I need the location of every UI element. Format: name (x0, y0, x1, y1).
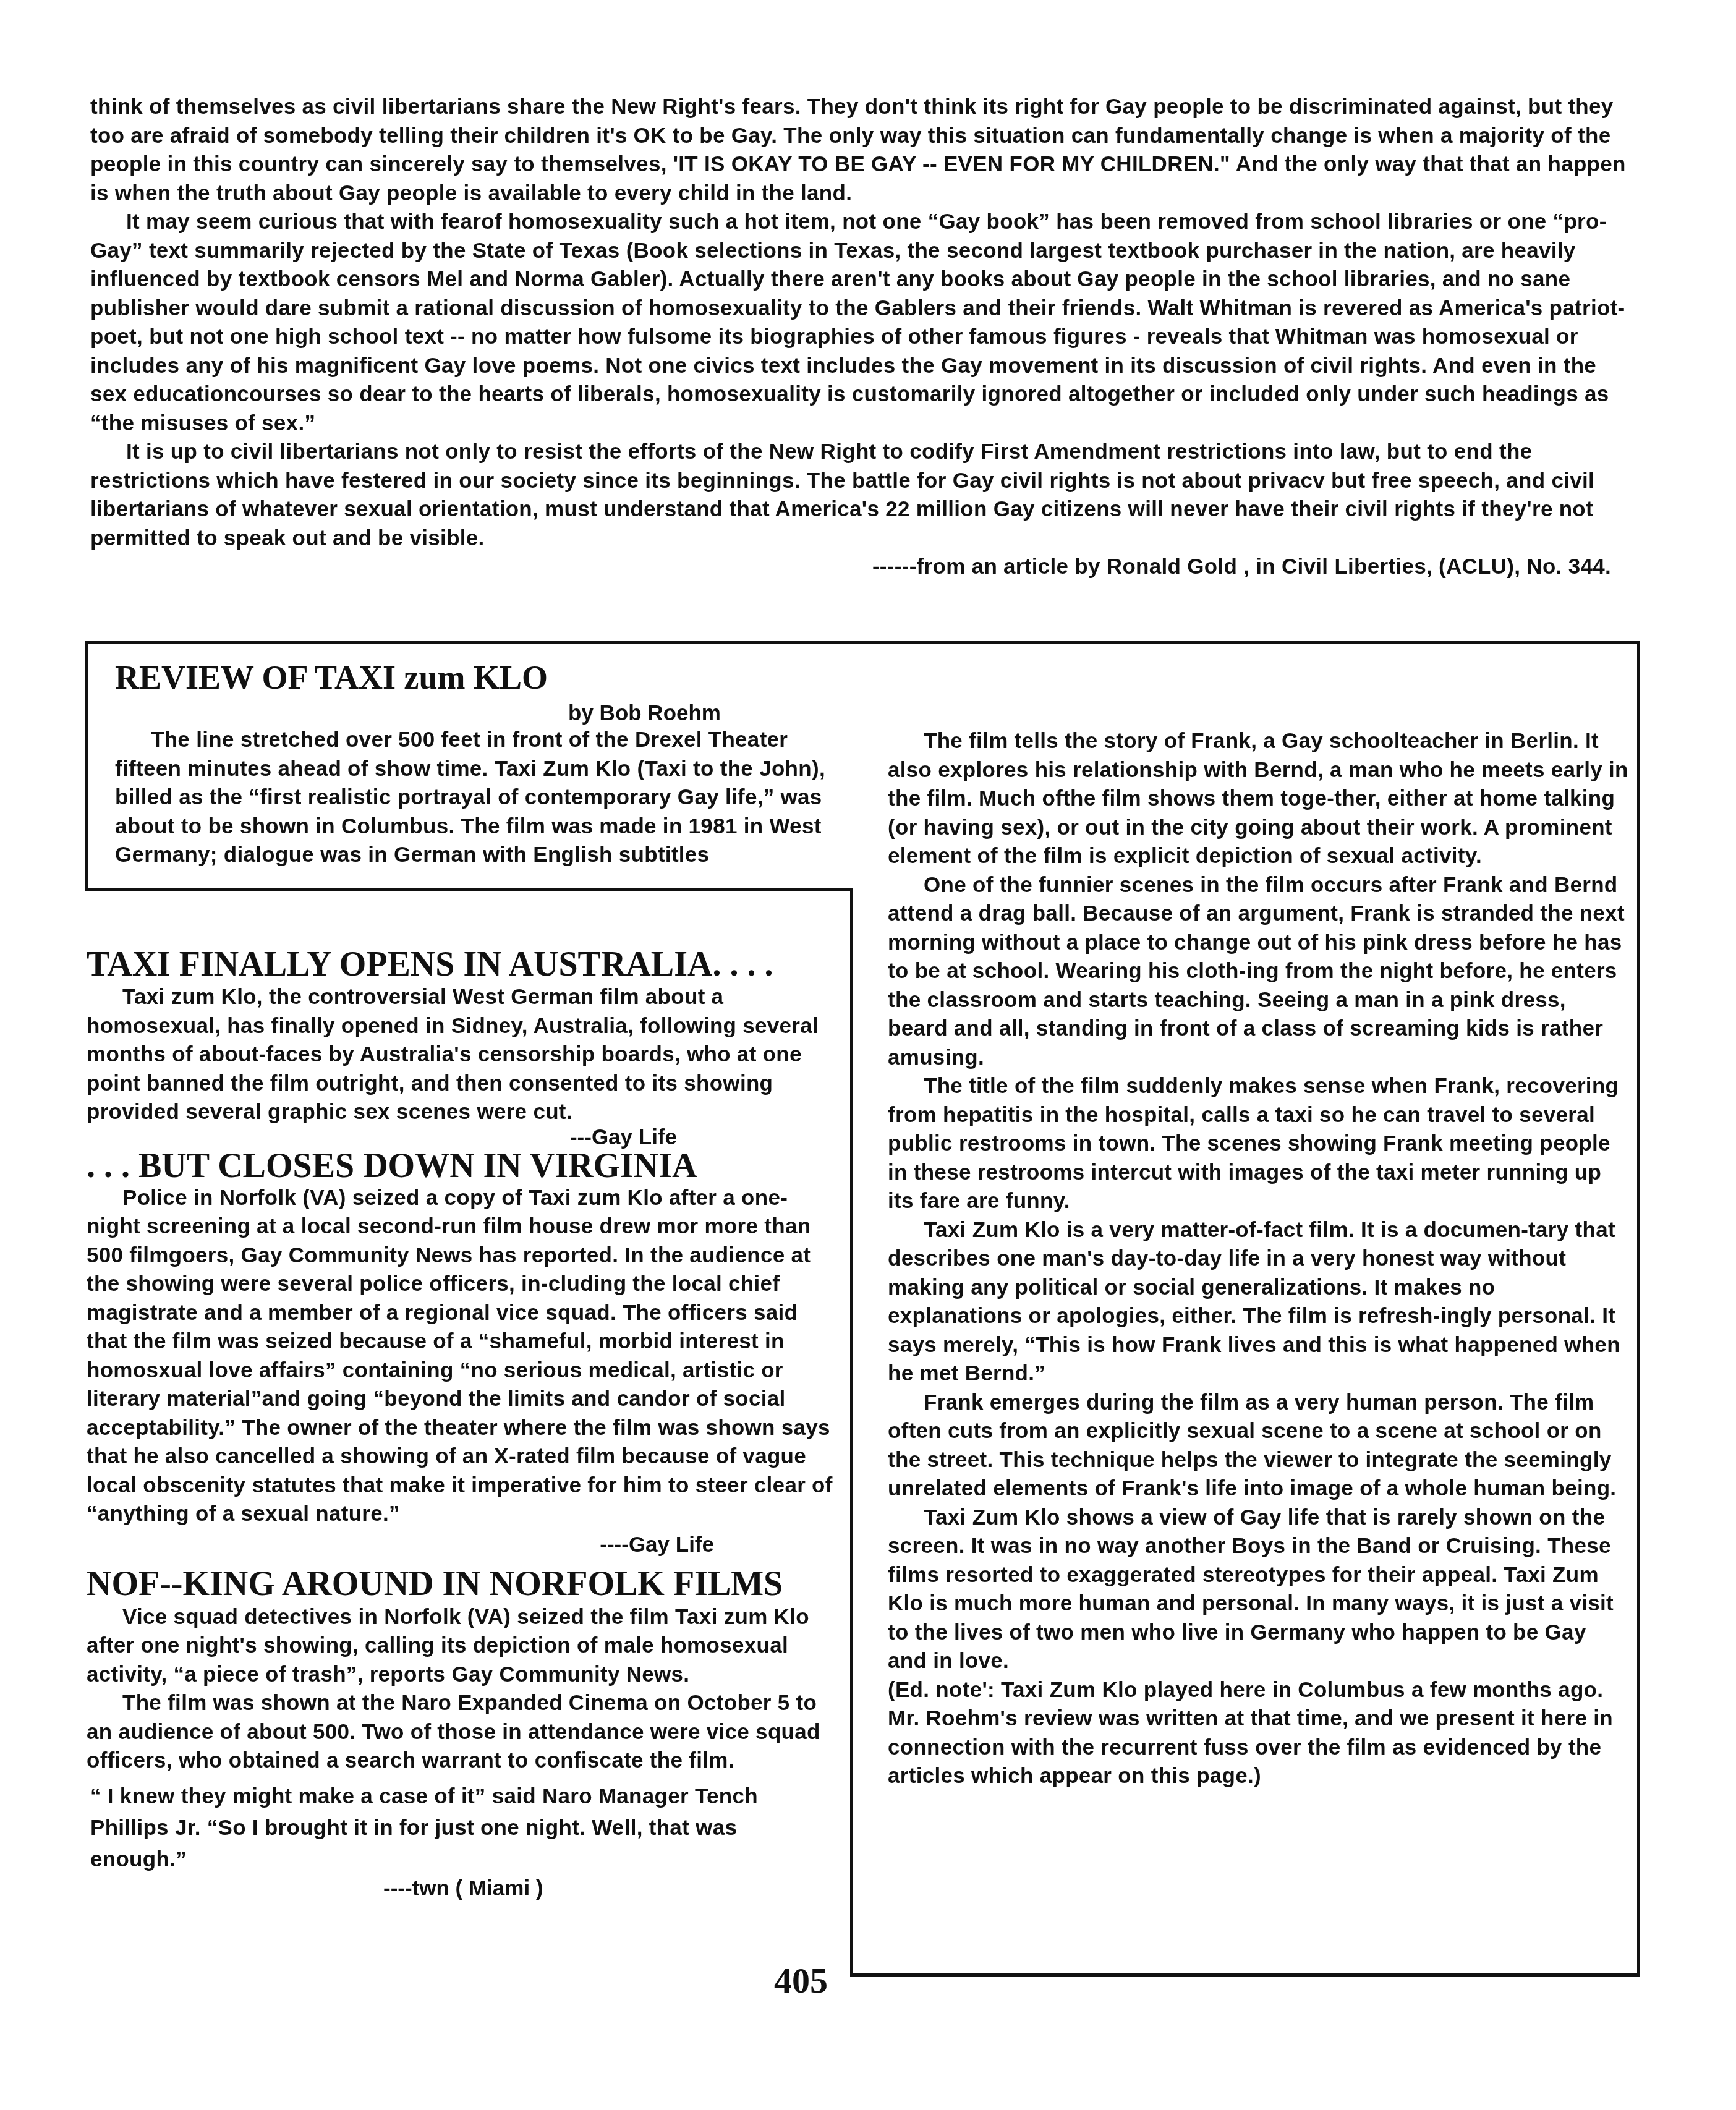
review-intro-wrap: The line stretched over 500 feet in fron… (115, 726, 838, 870)
editor-note: (Ed. note': Taxi Zum Klo played here in … (888, 1676, 1630, 1791)
virginia-source: ----Gay Life (87, 1531, 838, 1559)
article-credit: ------from an article by Ronald Gold , i… (90, 553, 1636, 582)
norfolk-headline: NOF--KING AROUND IN NORFOLK FILMS (87, 1565, 838, 1603)
box-bottom-border (850, 1973, 1640, 1977)
top-article-paragraph: It may seem curious that with fearof hom… (90, 208, 1636, 438)
australia-source: ---Gay Life (87, 1127, 838, 1148)
norfolk-paragraph: Vice squad detectives in Norfolk (VA) se… (87, 1603, 838, 1690)
left-column: TAXI FINALLY OPENS IN AUSTRALIA. . . . T… (87, 946, 838, 1902)
review-body: The film tells the story of Frank, a Gay… (888, 727, 1630, 1791)
norfolk-quote: “ I knew they might make a case of it” s… (87, 1780, 795, 1875)
australia-headline: TAXI FINALLY OPENS IN AUSTRALIA. . . . (87, 946, 838, 983)
box-right-border (1637, 643, 1640, 1975)
box-review-bottom-border (85, 888, 852, 891)
review-header: REVIEW OF TAXI zum KLO by Bob Roehm The … (115, 658, 838, 870)
review-paragraph: One of the funnier scenes in the film oc… (888, 871, 1630, 1073)
virginia-headline: . . . BUT CLOSES DOWN IN VIRGINIA (87, 1148, 838, 1184)
review-paragraph: The film tells the story of Frank, a Gay… (888, 727, 1630, 871)
top-article-paragraph: It is up to civil libertarians not only … (90, 438, 1636, 553)
norfolk-source: ----twn ( Miami ) (87, 1875, 838, 1902)
review-title: REVIEW OF TAXI zum KLO (115, 658, 838, 697)
norfolk-paragraph: The film was shown at the Naro Expanded … (87, 1689, 838, 1776)
review-paragraph: Frank emerges during the film as a very … (888, 1389, 1630, 1504)
box-left-border (85, 641, 88, 891)
review-paragraph: Taxi Zum Klo is a very matter-of-fact fi… (888, 1216, 1630, 1389)
review-intro: The line stretched over 500 feet in fron… (115, 726, 838, 870)
australia-body: Taxi zum Klo, the controversial West Ger… (87, 983, 838, 1127)
box-top-border (85, 641, 1640, 644)
review-paragraph: The title of the film suddenly makes sen… (888, 1072, 1630, 1216)
virginia-body-wrap: Police in Norfolk (VA) seized a copy of … (87, 1184, 838, 1529)
australia-body-wrap: Taxi zum Klo, the controversial West Ger… (87, 983, 838, 1127)
review-byline: by Bob Roehm (115, 701, 838, 726)
review-paragraph: Taxi Zum Klo shows a view of Gay life th… (888, 1504, 1630, 1676)
column-divider (850, 888, 853, 1976)
top-article: think of themselves as civil libertarian… (90, 93, 1636, 582)
page-number: 405 (774, 1960, 828, 2001)
virginia-body: Police in Norfolk (VA) seized a copy of … (87, 1184, 838, 1529)
norfolk-body-wrap: Vice squad detectives in Norfolk (VA) se… (87, 1603, 838, 1875)
top-article-paragraph: think of themselves as civil libertarian… (90, 93, 1636, 208)
